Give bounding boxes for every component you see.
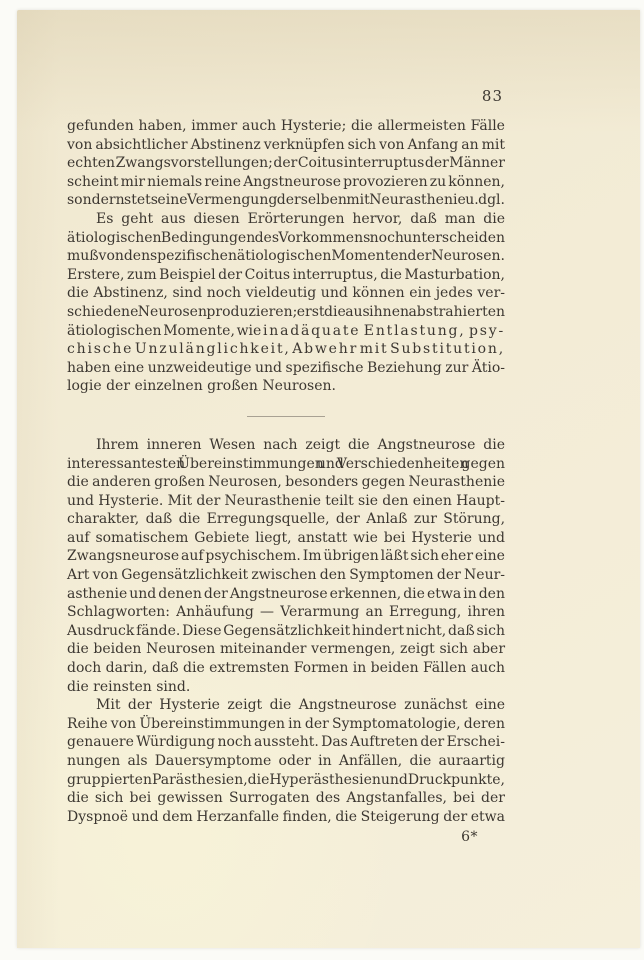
text-line: Mit der Hysterie zeigt die Angstneurose …: [67, 696, 505, 715]
divider-rule: [247, 416, 325, 417]
paragraph-3: Ihrem inneren Wesen nach zeigt die Angst…: [67, 436, 505, 696]
text-line: Dyspnoë und dem Herzanfalle finden, die …: [67, 808, 505, 827]
text-line: Schlagworten: Anhäufung — Verarmung an E…: [67, 603, 505, 622]
text-line: die anderen großen Neurosen, besonders g…: [67, 473, 505, 492]
text-line: gefunden haben, immer auch Hysterie; die…: [67, 117, 505, 136]
emphasized-spaced-text: inadäquate Entlastung, psy-: [263, 323, 505, 339]
text-line: die Abstinenz, sind noch vieldeutig und …: [67, 284, 505, 303]
page-number: 83: [67, 89, 505, 104]
text-line: echten Zwangsvorstellungen; der Coitus i…: [67, 154, 505, 173]
text-line: sondern stets eine Vermengung derselben …: [67, 191, 505, 210]
text-line: schiedene Neurosen produzieren; erst die…: [67, 303, 505, 322]
text-column: gefunden haben, immer auch Hysterie; die…: [67, 117, 505, 847]
signature-mark: 6*: [67, 828, 505, 847]
text-line: nungen als Dauersymptome oder in Anfälle…: [67, 752, 505, 771]
text-line: asthenie und denen der Angstneurose erke…: [67, 585, 505, 604]
text-line: auf somatischem Gebiete liegt, anstatt w…: [67, 529, 505, 548]
text-line: und Hysterie. Mit der Neurasthenie teilt…: [67, 492, 505, 511]
emphasized-spaced-text: chische Unzulänglichkeit, Abwehr mit Sub…: [67, 341, 505, 357]
text-line: Reihe von Übereinstimmungen in der Sympt…: [67, 715, 505, 734]
text-line: gruppierten Parästhesien, die Hyperästhe…: [67, 771, 505, 790]
text-line: Art von Gegensätzlichkeit zwischen den S…: [67, 566, 505, 585]
text-line: charakter, daß die Erregungsquelle, der …: [67, 510, 505, 529]
text-line: von absichtlicher Abstinenz verknüpfen s…: [67, 136, 505, 155]
text-line: Ihrem inneren Wesen nach zeigt die Angst…: [67, 436, 505, 455]
scan-background: { "colors": { "background": "#fbfbf7", "…: [0, 0, 644, 960]
text-line: muß von den spezifischen ätiologischen M…: [67, 247, 505, 266]
text-line: die sich bei gewissen Surrogaten des Ang…: [67, 789, 505, 808]
text-line: Erstere, zum Beispiel der Coitus interru…: [67, 266, 505, 285]
text-line: interessantesten Übereinstimmungen und V…: [67, 455, 505, 474]
text-line: die beiden Neurosen miteinander vermenge…: [67, 640, 505, 659]
text-line: Es geht aus diesen Erörterungen hervor, …: [67, 210, 505, 229]
section-divider: [67, 396, 505, 436]
paragraph-1: gefunden haben, immer auch Hysterie; die…: [67, 117, 505, 210]
text-line: scheint mir niemals reine Angstneurose p…: [67, 173, 505, 192]
text-line: doch darin, daß die extremsten Formen in…: [67, 659, 505, 678]
text-line: chische Unzulänglichkeit, Abwehr mit Sub…: [67, 340, 505, 359]
text-line: die reinsten sind.: [67, 678, 505, 697]
text-line: logie der einzelnen großen Neurosen.: [67, 377, 505, 396]
paragraph-4: Mit der Hysterie zeigt die Angstneurose …: [67, 696, 505, 826]
text-line: Ausdruck fände. Diese Gegensätzlichkeit …: [67, 622, 505, 641]
text-line: Zwangsneurose auf psychischem. Im übrige…: [67, 547, 505, 566]
text-line: genauere Würdigung noch aussteht. Das Au…: [67, 733, 505, 752]
text-line: ätiologischen Momente, wie inadäquate En…: [67, 322, 505, 341]
text-line: haben eine unzweideutige und spezifische…: [67, 359, 505, 378]
text-line: ätiologischen Bedingungen des Vorkommens…: [67, 229, 505, 248]
paragraph-2: Es geht aus diesen Erörterungen hervor, …: [67, 210, 505, 396]
book-page: 83 gefunden haben, immer auch Hysterie; …: [17, 10, 640, 948]
